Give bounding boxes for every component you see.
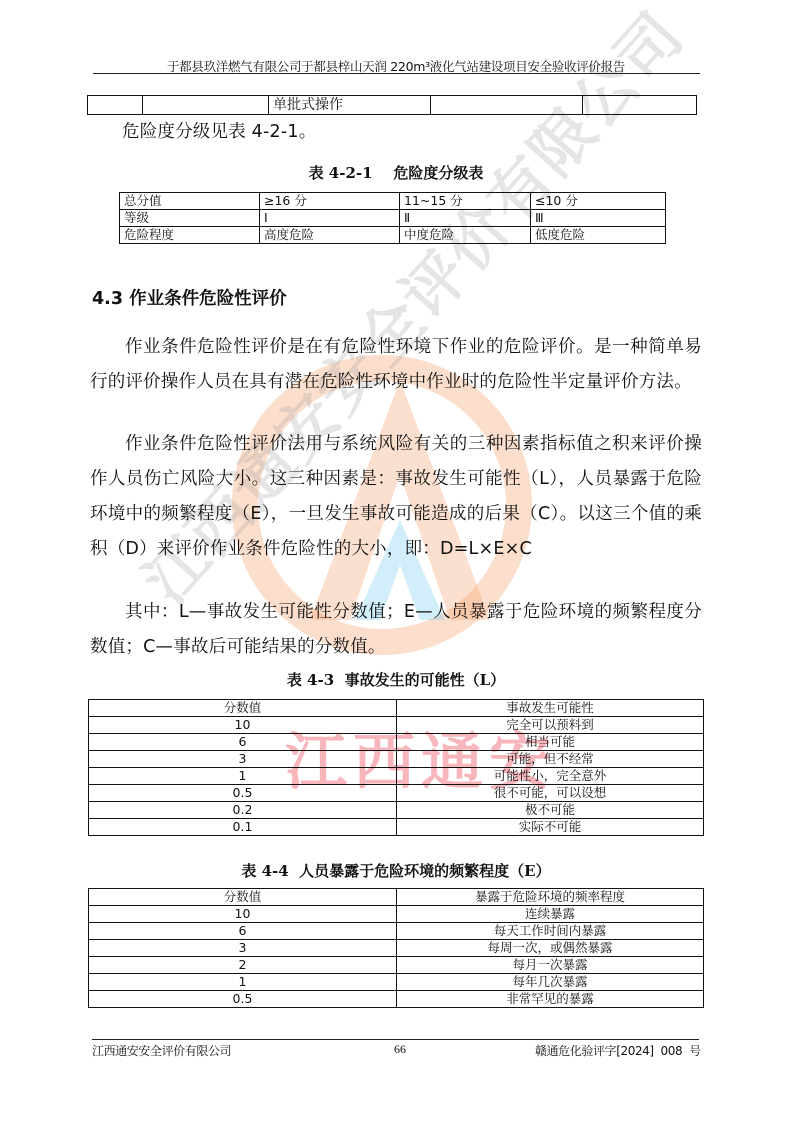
description-cell: 每天工作时间内暴露 [397,923,704,940]
table-row: 危险程度 高度危险 中度危险 低度危险 [120,227,666,244]
column-header: 暴露于危险环境的频率程度 [397,889,704,906]
score-cell: 1 [89,768,397,785]
description-cell: 可能，但不经常 [397,751,704,768]
table-row: 2每月一次暴露 [89,957,704,974]
description-cell: 非常罕见的暴露 [397,991,704,1008]
description-cell: 每月一次暴露 [397,957,704,974]
table-header-row: 分数值 事故发生可能性 [89,700,704,717]
table-cell: 低度危险 [531,227,666,244]
table-row: 总分值 ≥16 分 11~15 分 ≤10 分 [120,193,666,210]
table-cell: 等级 [120,210,260,227]
table-cell: 总分值 [120,193,260,210]
table-cell: 11~15 分 [400,193,531,210]
table-cell: ≤10 分 [531,193,666,210]
score-cell: 2 [89,957,397,974]
table-row: 0.5非常罕见的暴露 [89,991,704,1008]
description-cell: 很不可能，可以设想 [397,785,704,802]
score-cell: 10 [89,906,397,923]
table-cell: Ⅰ [260,210,400,227]
table-cell: 高度危险 [260,227,400,244]
score-cell: 0.5 [89,991,397,1008]
footer-divider [92,1039,699,1040]
table-4-4-caption: 表 4-4 人员暴露于危险环境的频繁程度（E） [90,860,702,881]
page-number: 66 [380,1042,420,1057]
description-cell: 完全可以预料到 [397,717,704,734]
table-4-2-1-caption: 表 4-2-1 危险度分级表 [90,162,702,183]
column-header: 分数值 [89,700,397,717]
table-row: 1可能性小，完全意外 [89,768,704,785]
description-cell: 极不可能 [397,802,704,819]
table-cell [143,96,269,115]
table-row: 1每年几次暴露 [89,974,704,991]
table-cell: 单批式操作 [269,96,431,115]
description-cell: 连续暴露 [397,906,704,923]
description-cell: 实际不可能 [397,819,704,836]
table-row: 0.2极不可能 [89,802,704,819]
table-cell [583,96,697,115]
header-divider [93,73,700,74]
description-cell: 可能性小，完全意外 [397,768,704,785]
table-row: 0.5很不可能，可以设想 [89,785,704,802]
table-row: 3可能，但不经常 [89,751,704,768]
likelihood-table: 分数值 事故发生可能性 10完全可以预料到 6相当可能 3可能，但不经常 1可能… [88,699,704,836]
table-cell: 中度危险 [400,227,531,244]
table-row: 3每周一次，或偶然暴露 [89,940,704,957]
table-cell: ≥16 分 [260,193,400,210]
score-cell: 10 [89,717,397,734]
description-cell: 每周一次，或偶然暴露 [397,940,704,957]
column-header: 分数值 [89,889,397,906]
intro-line: 危险度分级见表 4-2-1。 [122,115,316,150]
score-cell: 0.1 [89,819,397,836]
score-cell: 6 [89,734,397,751]
table-cell [88,96,143,115]
continuation-table: 单批式操作 [87,95,697,115]
paragraph-3: 其中：L—事故发生可能性分数值；E—人员暴露于危险环境的频繁程度分数值；C—事故… [90,595,702,665]
score-cell: 6 [89,923,397,940]
paragraph-2: 作业条件危险性评价法用与系统风险有关的三种因素指标值之积来评价操作人员伤亡风险大… [90,427,702,567]
table-row: 6每天工作时间内暴露 [89,923,704,940]
description-cell: 每年几次暴露 [397,974,704,991]
score-cell: 0.2 [89,802,397,819]
hazard-level-table: 总分值 ≥16 分 11~15 分 ≤10 分 等级 Ⅰ Ⅱ Ⅲ 危险程度 高度… [119,192,666,244]
score-cell: 3 [89,751,397,768]
table-4-3-caption: 表 4-3 事故发生的可能性（L） [90,669,702,690]
score-cell: 1 [89,974,397,991]
section-heading: 4.3 作业条件危险性评价 [92,285,287,310]
column-header: 事故发生可能性 [397,700,704,717]
table-cell: 危险程度 [120,227,260,244]
table-row: 等级 Ⅰ Ⅱ Ⅲ [120,210,666,227]
table-cell [431,96,583,115]
score-cell: 3 [89,940,397,957]
footer-company: 江西通安安全评价有限公司 [92,1042,231,1059]
score-cell: 0.5 [89,785,397,802]
description-cell: 相当可能 [397,734,704,751]
table-row: 10连续暴露 [89,906,704,923]
table-cell: Ⅲ [531,210,666,227]
table-cell: Ⅱ [400,210,531,227]
document-number: 赣通危化验评字[2024] 008 号 [535,1042,701,1059]
table-row: 10完全可以预料到 [89,717,704,734]
table-row: 0.1实际不可能 [89,819,704,836]
exposure-table: 分数值 暴露于危险环境的频率程度 10连续暴露 6每天工作时间内暴露 3每周一次… [88,888,704,1008]
table-header-row: 分数值 暴露于危险环境的频率程度 [89,889,704,906]
table-row: 6相当可能 [89,734,704,751]
paragraph-1: 作业条件危险性评价是在有危险性环境下作业的危险评价。是一种简单易行的评价操作人员… [90,330,702,400]
